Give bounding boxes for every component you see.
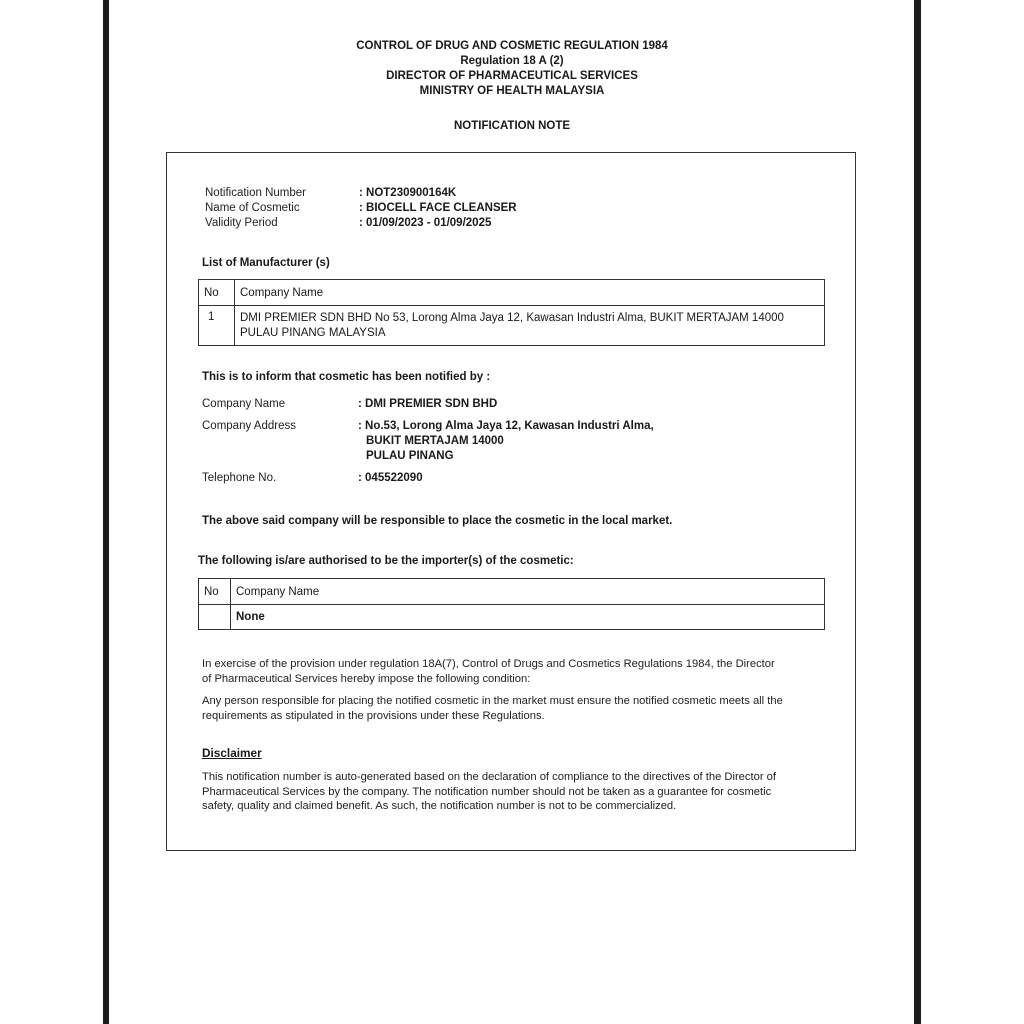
company-address-line3: PULAU PINANG bbox=[366, 449, 454, 464]
notification-number-label: Notification Number bbox=[205, 186, 306, 201]
table-header-row: No Company Name bbox=[199, 579, 825, 605]
table-row: None bbox=[199, 605, 825, 630]
document-title: NOTIFICATION NOTE bbox=[0, 119, 1024, 134]
company-address-label: Company Address bbox=[202, 419, 296, 434]
notification-number-value: : NOT230900164K bbox=[359, 186, 456, 201]
disclaimer-line1: This notification number is auto-generat… bbox=[202, 770, 824, 785]
company-address-line1: : No.53, Lorong Alma Jaya 12, Kawasan In… bbox=[358, 419, 654, 434]
row-company-line2: PULAU PINANG MALAYSIA bbox=[240, 326, 819, 341]
company-address-line2: BUKIT MERTAJAM 14000 bbox=[366, 434, 504, 449]
validity-value: : 01/09/2023 - 01/09/2025 bbox=[359, 216, 491, 231]
director-title: DIRECTOR OF PHARMACEUTICAL SERVICES bbox=[0, 69, 1024, 84]
disclaimer-title: Disclaimer bbox=[202, 746, 262, 761]
row-no bbox=[199, 605, 231, 630]
row-no: 1 bbox=[199, 306, 235, 346]
company-name-value: : DMI PREMIER SDN BHD bbox=[358, 397, 497, 412]
cosmetic-name-value: : BIOCELL FACE CLEANSER bbox=[359, 201, 517, 216]
column-header-no: No bbox=[199, 280, 235, 306]
condition-p1-line2: of Pharmaceutical Services hereby impose… bbox=[202, 672, 824, 687]
row-company-line1: DMI PREMIER SDN BHD No 53, Lorong Alma J… bbox=[240, 311, 819, 326]
condition-paragraph-1: In exercise of the provision under regul… bbox=[202, 657, 824, 686]
disclaimer-line2: Pharmaceutical Services by the company. … bbox=[202, 785, 824, 800]
row-company: None bbox=[231, 605, 825, 630]
telephone-label: Telephone No. bbox=[202, 471, 276, 486]
page-edge-right bbox=[914, 0, 921, 1024]
disclaimer-line3: safety, quality and claimed benefit. As … bbox=[202, 799, 824, 814]
column-header-company-name: Company Name bbox=[235, 280, 825, 306]
responsibility-statement: The above said company will be responsib… bbox=[202, 514, 672, 529]
importers-heading: The following is/are authorised to be th… bbox=[198, 554, 574, 569]
company-name-label: Company Name bbox=[202, 397, 285, 412]
cosmetic-name-label: Name of Cosmetic bbox=[205, 201, 300, 216]
validity-label: Validity Period bbox=[205, 216, 278, 231]
condition-p2-line1: Any person responsible for placing the n… bbox=[202, 694, 824, 709]
column-header-no: No bbox=[199, 579, 231, 605]
row-company: DMI PREMIER SDN BHD No 53, Lorong Alma J… bbox=[235, 306, 825, 346]
condition-paragraph-2: Any person responsible for placing the n… bbox=[202, 694, 824, 723]
manufacturers-table: No Company Name 1 DMI PREMIER SDN BHD No… bbox=[198, 279, 825, 346]
disclaimer-text: This notification number is auto-generat… bbox=[202, 770, 824, 814]
condition-p2-line2: requirements as stipulated in the provis… bbox=[202, 709, 824, 724]
regulation-title: CONTROL OF DRUG AND COSMETIC REGULATION … bbox=[0, 39, 1024, 54]
column-header-company-name: Company Name bbox=[231, 579, 825, 605]
ministry-title: MINISTRY OF HEALTH MALAYSIA bbox=[0, 84, 1024, 99]
manufacturers-heading: List of Manufacturer (s) bbox=[202, 256, 330, 271]
regulation-number: Regulation 18 A (2) bbox=[0, 54, 1024, 69]
table-row: 1 DMI PREMIER SDN BHD No 53, Lorong Alma… bbox=[199, 306, 825, 346]
importers-table: No Company Name None bbox=[198, 578, 825, 630]
table-header-row: No Company Name bbox=[199, 280, 825, 306]
telephone-value: : 045522090 bbox=[358, 471, 423, 486]
condition-p1-line1: In exercise of the provision under regul… bbox=[202, 657, 824, 672]
notifier-heading: This is to inform that cosmetic has been… bbox=[202, 370, 490, 385]
